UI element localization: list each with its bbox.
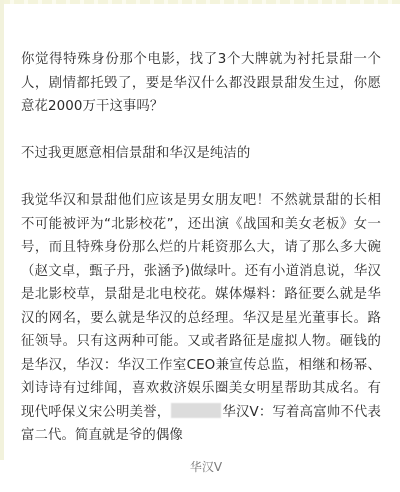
paragraph-3: 我觉华汉和景甜他们应该是男女朋友吧！不然就景甜的长相不可能被评为“北影校花”，还… xyxy=(21,189,381,448)
paragraph-2: 不过我更愿意相信景甜和华汉是纯洁的 xyxy=(21,142,381,166)
caption-label: 华汉V xyxy=(190,460,222,474)
paragraph-1: 你觉得特殊身份那个电影，找了3个大牌就为衬托景甜一个人，剧情都托毁了，要是华汉什… xyxy=(21,48,381,119)
article-frame: 你觉得特殊身份那个电影，找了3个大牌就为衬托景甜一个人，剧情都托毁了，要是华汉什… xyxy=(0,0,400,492)
redacted-blur xyxy=(171,403,221,418)
article-content: 你觉得特殊身份那个电影，找了3个大牌就为衬托景甜一个人，剧情都托毁了，要是华汉什… xyxy=(21,48,381,471)
paragraph-3-text: 我觉华汉和景甜他们应该是男女朋友吧！不然就景甜的长相不可能被评为“北影校花”，还… xyxy=(21,193,381,420)
top-border xyxy=(0,0,400,4)
left-border xyxy=(0,0,4,460)
image-caption: 华汉V xyxy=(0,458,400,475)
